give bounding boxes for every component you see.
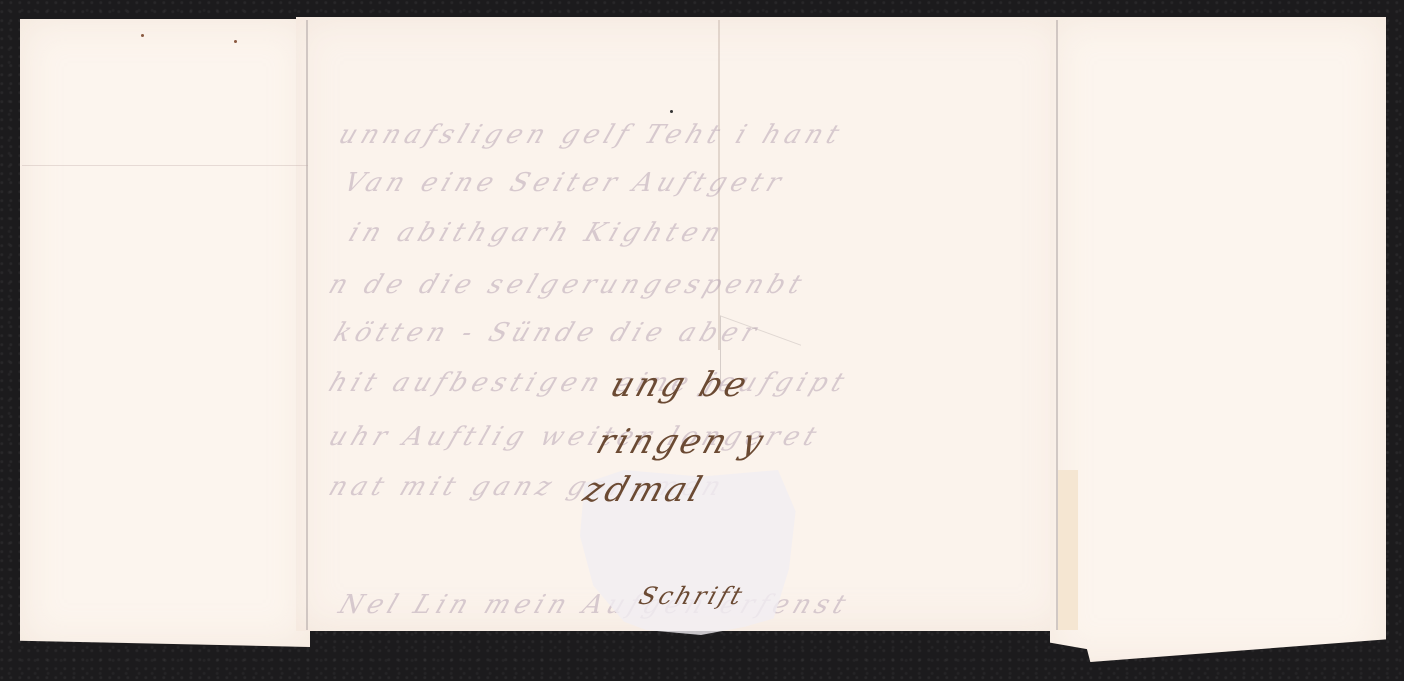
handwriting-line-1: ung be [606,365,755,405]
ink-spot [141,34,144,37]
inner-paper-strip [1058,470,1078,630]
bleed-through-line: in abithgarh Kighten [345,218,730,248]
bleed-through-line: n de die selgerungespenbt [325,270,811,300]
bleed-through-line: unnafsligen gelf Teht i hant [335,120,849,150]
left-folded-flap [20,19,310,647]
handwriting-line-3: zdmal [579,470,710,510]
bleed-through-line: kötten - Sünde die aber [330,318,766,348]
bleed-through-line: Van eine Seiter Auftgetr [340,168,790,198]
ink-spot [234,40,237,43]
left-fold-edge [306,20,308,630]
handwriting-signature: Schrift [635,582,748,610]
right-folded-flap [1050,17,1386,662]
handwriting-line-2: ringen y [592,422,772,462]
ink-spot [670,110,673,113]
left-flap-crease [22,165,308,166]
